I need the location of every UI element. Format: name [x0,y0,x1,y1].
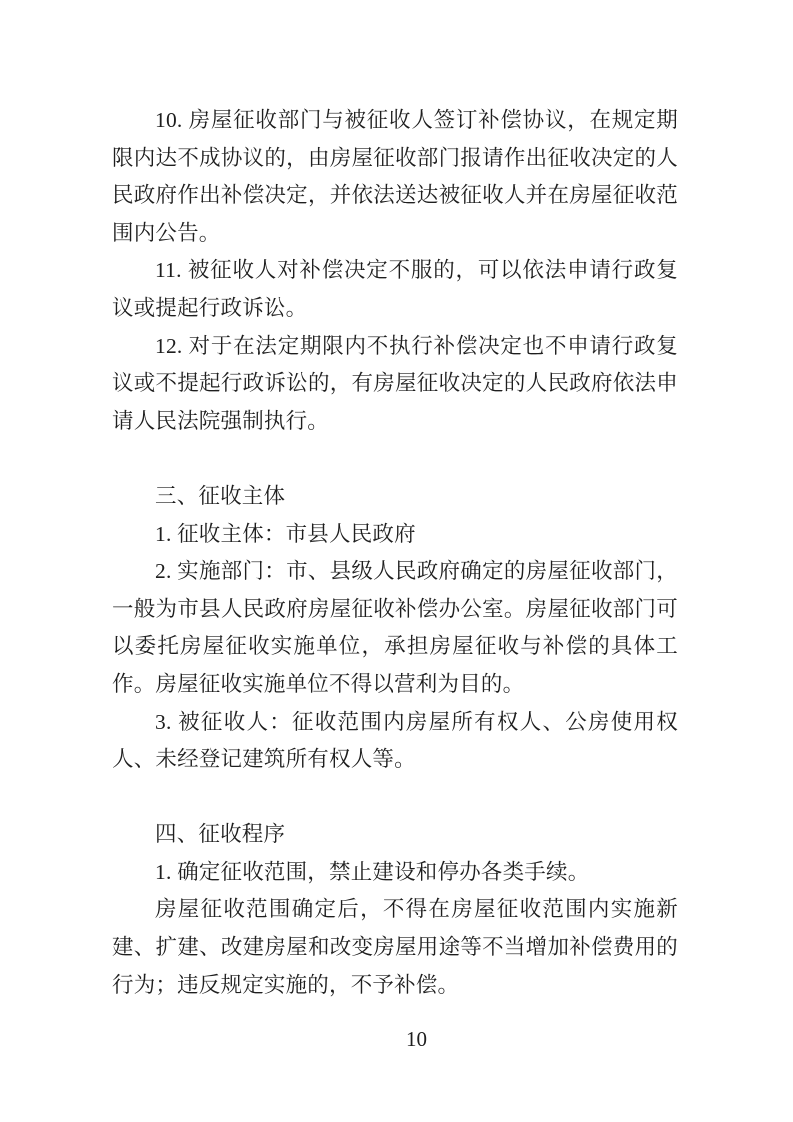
document-body: 10. 房屋征收部门与被征收人签订补偿协议，在规定期限内达不成协议的，由房屋征收… [112,102,678,1004]
paragraph-procedure-2: 房屋征收范围确定后，不得在房屋征收范围内实施新建、扩建、改建房屋和改变房屋用途等… [112,891,678,1004]
paragraph-procedure-1: 1. 确定征收范围，禁止建设和停办各类手续。 [112,854,678,892]
blank-line [112,779,678,817]
paragraph-subject-3: 3. 被征收人：征收范围内房屋所有权人、公房使用权人、未经登记建筑所有权人等。 [112,704,678,779]
blank-line [112,440,678,478]
paragraph-item-11: 11. 被征收人对补偿决定不服的，可以依法申请行政复议或提起行政诉讼。 [112,252,678,327]
section-heading-4: 四、征收程序 [112,816,678,854]
paragraph-item-12: 12. 对于在法定期限内不执行补偿决定也不申请行政复议或不提起行政诉讼的，有房屋… [112,328,678,441]
document-page: 10. 房屋征收部门与被征收人签订补偿协议，在规定期限内达不成协议的，由房屋征收… [0,0,793,1122]
paragraph-item-10: 10. 房屋征收部门与被征收人签订补偿协议，在规定期限内达不成协议的，由房屋征收… [112,102,678,252]
section-heading-3: 三、征收主体 [112,478,678,516]
paragraph-subject-2: 2. 实施部门：市、县级人民政府确定的房屋征收部门，一般为市县人民政府房屋征收补… [112,553,678,703]
page-number: 10 [20,1027,793,1051]
paragraph-subject-1: 1. 征收主体：市县人民政府 [112,516,678,554]
